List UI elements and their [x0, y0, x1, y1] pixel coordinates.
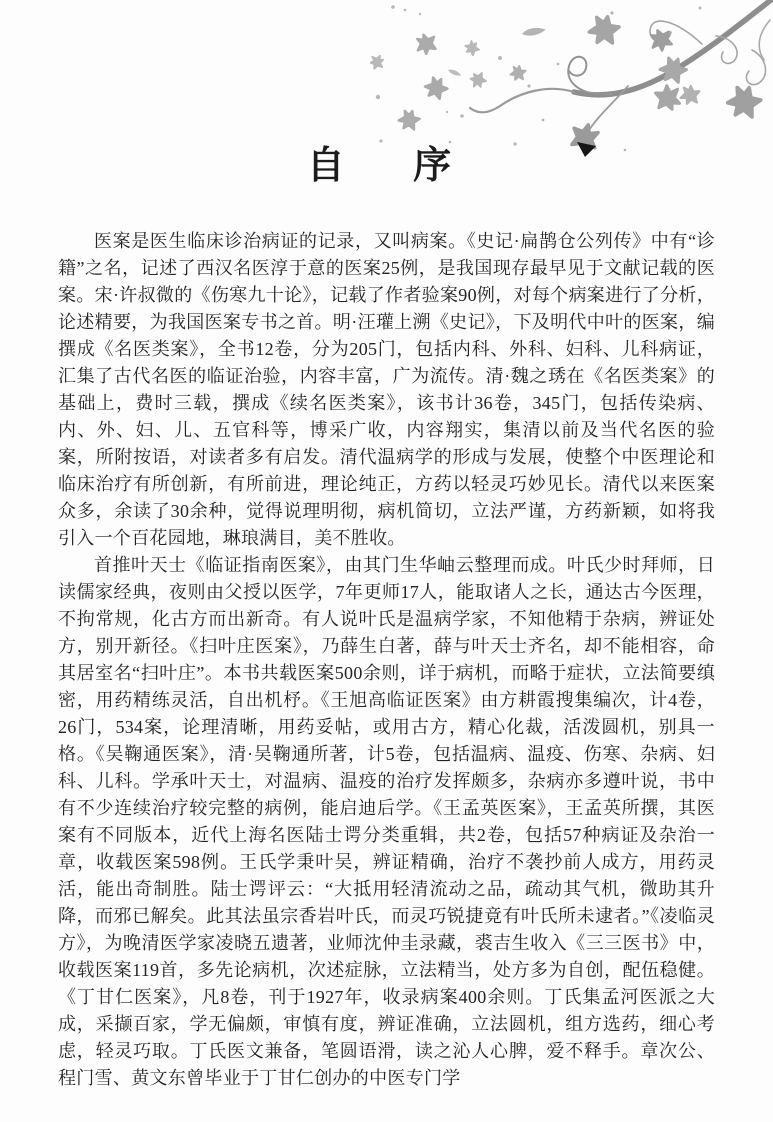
preface-paragraph-1: 医案是医生临床诊治病证的记录，又叫病案。《史记·扁鹊仓公列传》中有“诊籍”之名，…: [58, 228, 715, 552]
preface-paragraph-2: 首推叶天士《临证指南医案》，由其门生华岫云整理而成。叶氏少时拜师，日读儒家经典，…: [58, 552, 715, 1092]
book-page: 自 序 医案是医生临床诊治病证的记录，又叫病案。《史记·扁鹊仓公列传》中有“诊籍…: [0, 0, 773, 1122]
preface-text: 医案是医生临床诊治病证的记录，又叫病案。《史记·扁鹊仓公列传》中有“诊籍”之名，…: [58, 228, 715, 1092]
page-title: 自 序: [0, 0, 773, 188]
